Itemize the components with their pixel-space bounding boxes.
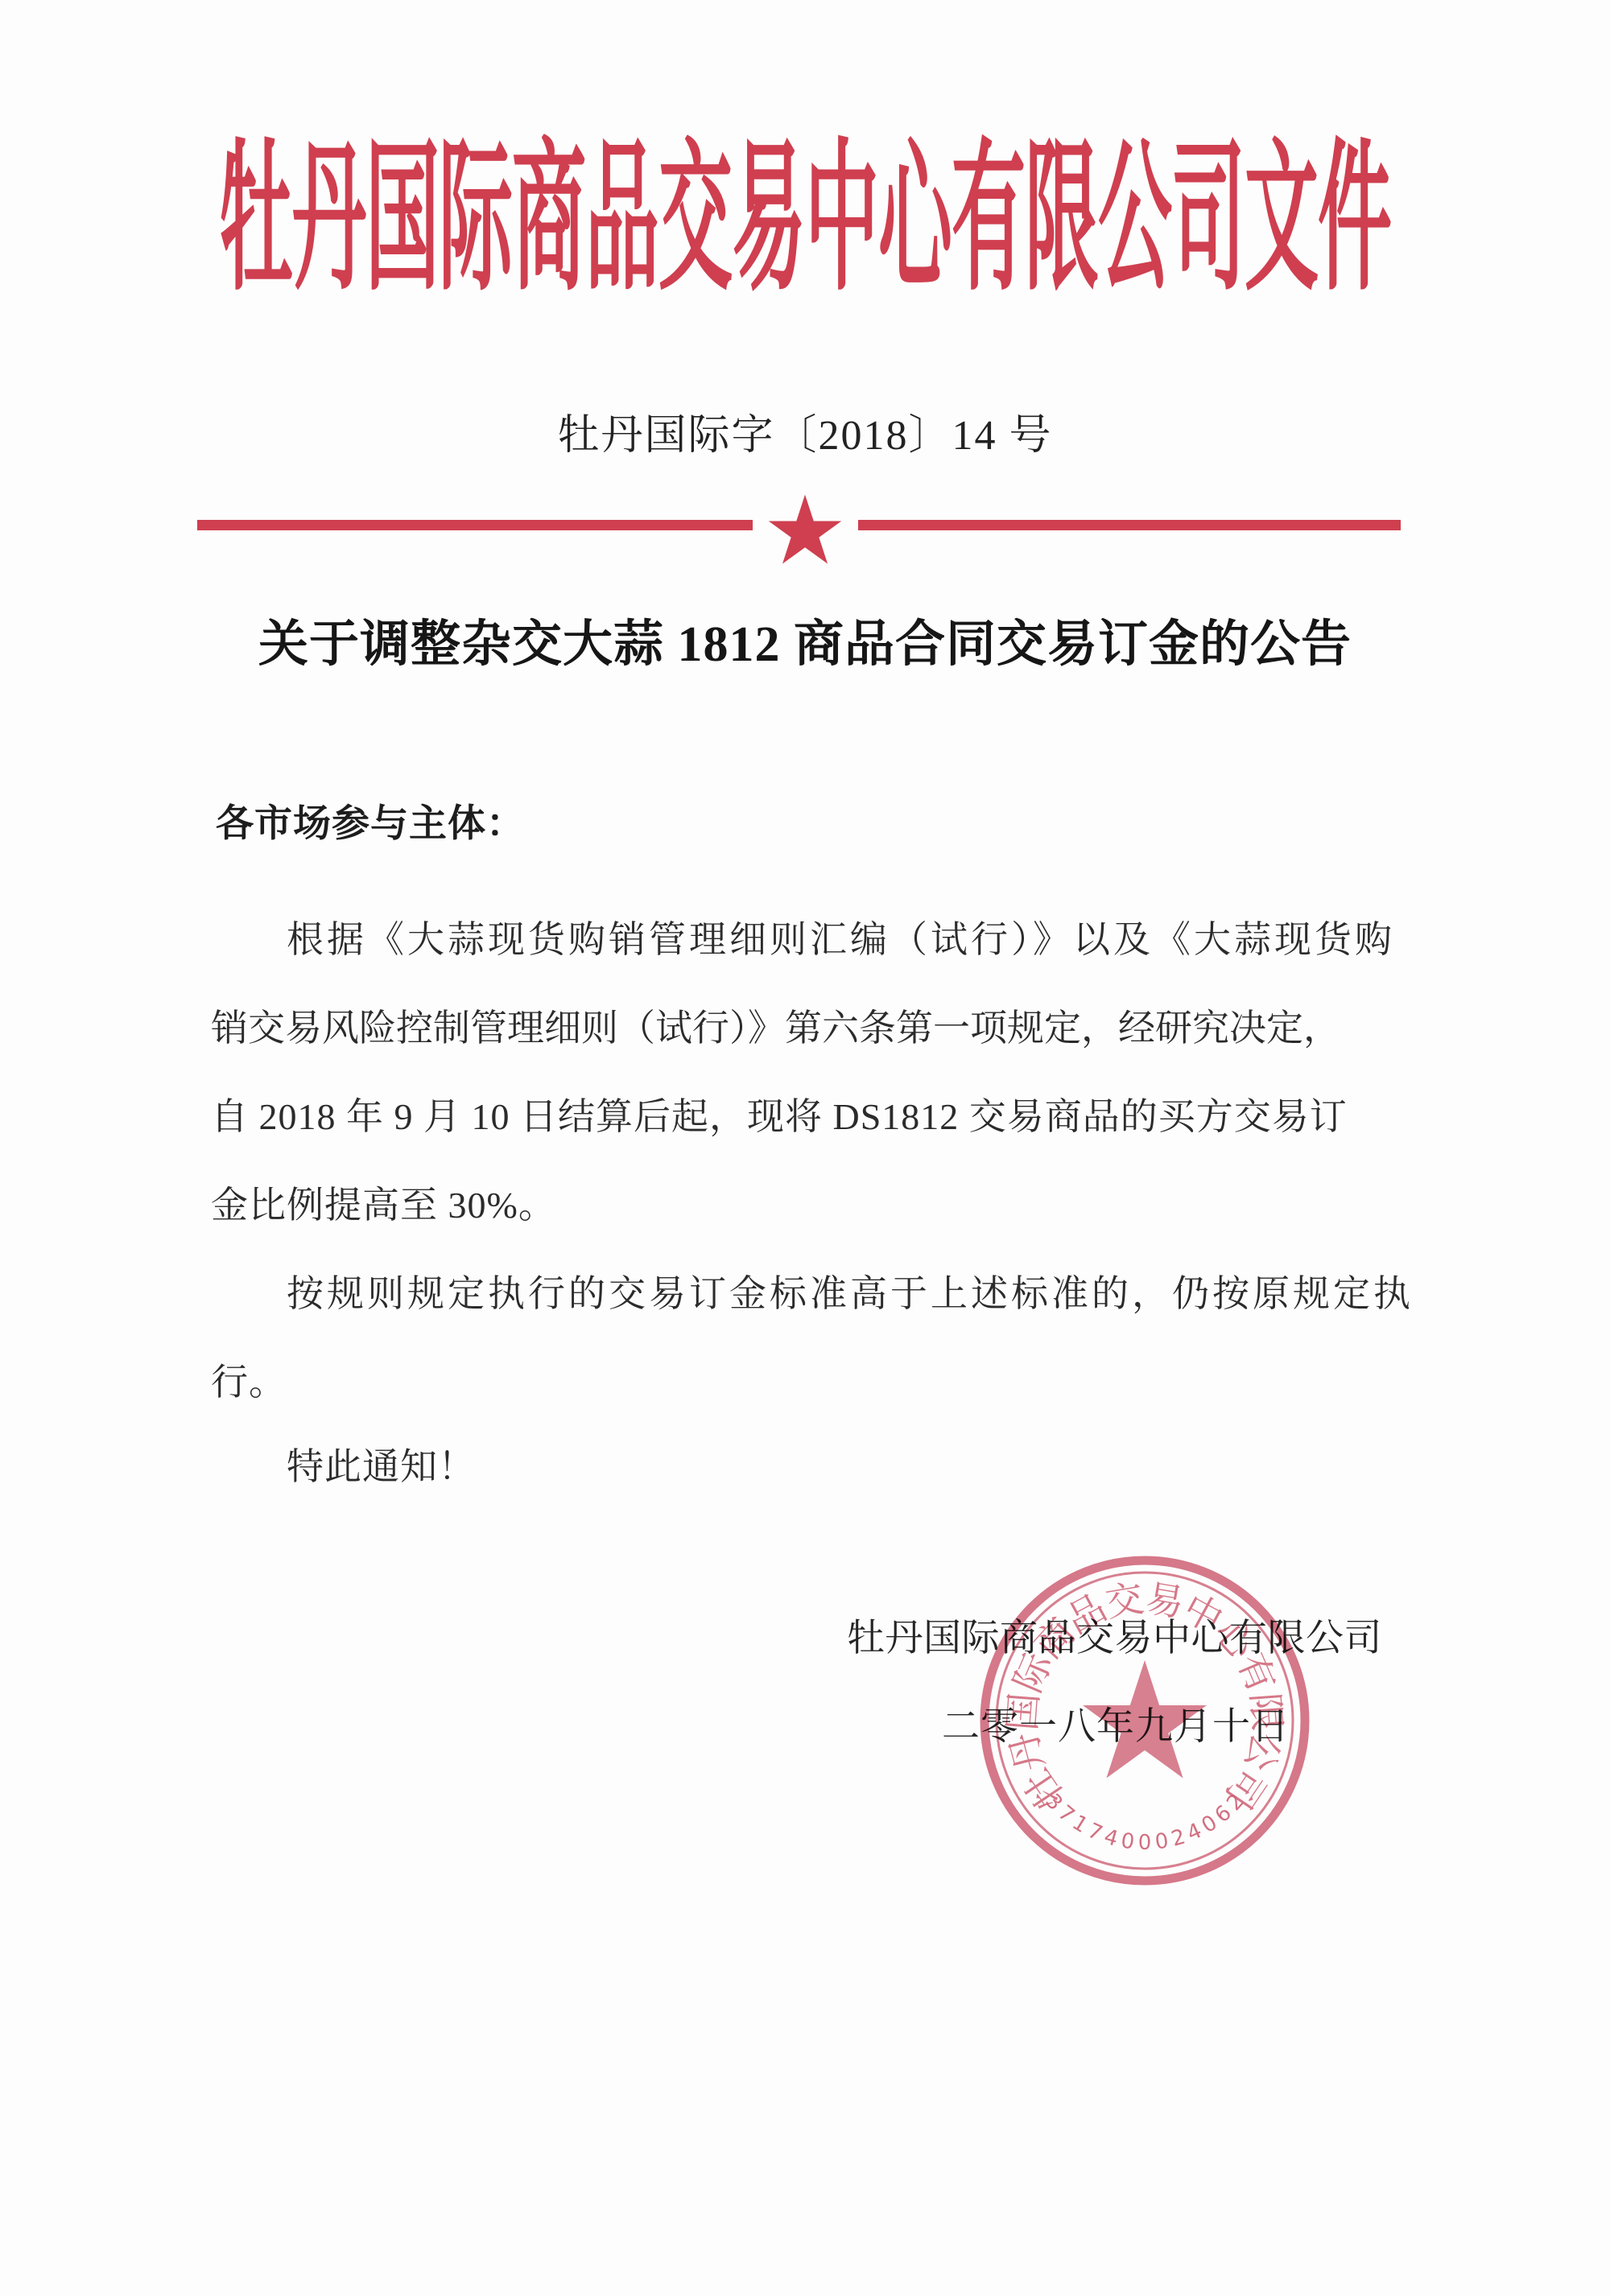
- seal-ring-char: 交: [1103, 1578, 1147, 1626]
- seal-number-digit: 0: [1120, 1828, 1137, 1854]
- official-seal: 牡丹国际商品交易中心有限公司 3717400024062: [972, 1548, 1318, 1894]
- body-line: 金比例提高至 30%。: [211, 1176, 1435, 1229]
- seal-ring-char: 国: [1002, 1692, 1046, 1733]
- body-line: 特此通知！: [211, 1437, 1510, 1490]
- body-line: 销交易风险控制管理细则（试行）》第六条第一项规定，经研究决定，: [211, 999, 1435, 1052]
- seal-star-icon: [1083, 1660, 1207, 1779]
- seal-number-digit: 4: [1101, 1824, 1121, 1851]
- org-title: 牡丹国际商品交易中心有限公司文件: [219, 89, 1391, 322]
- masthead: 牡丹国际商品交易中心有限公司文件: [0, 119, 1610, 291]
- doc-number: 牡丹国际字〔2018〕14 号: [0, 401, 1610, 461]
- body-line: 根据《大蒜现货购销管理细则汇编（试行）》以及《大蒜现货购: [211, 910, 1510, 963]
- body-line: 自 2018 年 9 月 10 日结算后起，现将 DS1812 交易商品的买方交…: [211, 1087, 1435, 1140]
- divider-line-left: [197, 520, 753, 530]
- body-line: 行。: [211, 1353, 1435, 1406]
- seal-number-digit: 0: [1138, 1831, 1152, 1855]
- document-page: 牡丹国际商品交易中心有限公司文件 牡丹国际字〔2018〕14 号 ★ 关于调整杂…: [0, 0, 1610, 2296]
- seal-number-digit: 0: [1154, 1828, 1170, 1854]
- star-icon: ★: [760, 483, 850, 578]
- body-line: 按规则规定执行的交易订金标准高于上述标准的，仍按原规定执: [211, 1264, 1510, 1317]
- divider-line-right: [858, 520, 1401, 530]
- seal-ring-char: 限: [1243, 1692, 1287, 1733]
- seal-number: 3717400024062: [1040, 1790, 1249, 1855]
- announcement-title: 关于调整杂交大蒜 1812 商品合同交易订金的公告: [0, 604, 1610, 675]
- salutation: 各市场参与主体：: [216, 794, 525, 847]
